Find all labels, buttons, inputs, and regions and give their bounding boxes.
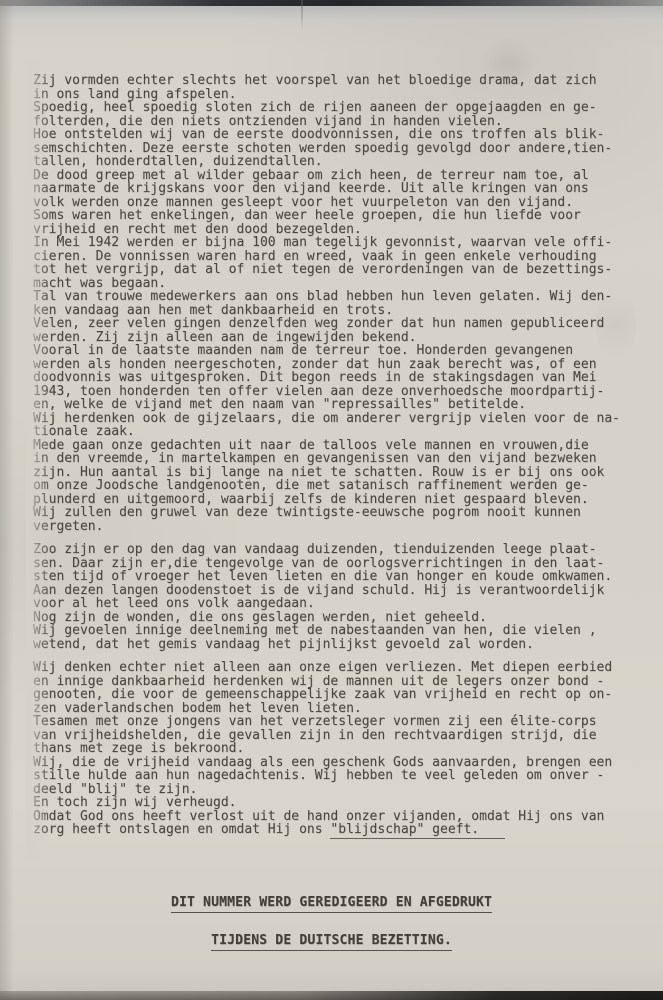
- text-line: zorg heeft ontslagen en omdat Hij ons "b…: [33, 823, 633, 837]
- text-line: zen vaderlandschen bodem het leven liete…: [33, 702, 633, 716]
- text-line: tot het vergrijp, dat al of niet tegen d…: [33, 263, 633, 277]
- photo-bottom-edge: [0, 991, 663, 1000]
- text-line: werden als honden neergeschoten, zonder …: [33, 358, 633, 372]
- text-line: Wij denken echter niet alleen aan onze e…: [33, 661, 633, 675]
- paragraph: Zij vormden echter slechts het voorspel …: [33, 74, 633, 533]
- text-line: folterden, die den niets ontzienden vija…: [33, 115, 633, 129]
- text-line: Aan dezen langen doodenstoet is de vijan…: [33, 584, 633, 598]
- text-line: volk werden onze mannen gesleept voor he…: [33, 196, 633, 210]
- text-line: Soms waren het enkelingen, dan weer heel…: [33, 209, 633, 223]
- text-line: vergeten.: [33, 520, 633, 534]
- text-line: Omdat God ons heeft verlost uit de hand …: [33, 810, 633, 824]
- text-line: en innige dankbaarheid herdenken wij de …: [33, 675, 633, 689]
- text-line: De dood greep met al wilder gebaar om zi…: [33, 169, 633, 183]
- text-line: cieren. De vonnissen waren hard en wreed…: [33, 250, 633, 264]
- text-line: in ons land ging afspelen.: [33, 88, 633, 102]
- text-line: In Mei 1942 werden er bijna 100 man tege…: [33, 236, 633, 250]
- text-line: in den vreemde, in martelkampen en gevan…: [33, 452, 633, 466]
- text-line: Mede gaan onze gedachten uit naar de tal…: [33, 439, 633, 453]
- text-line: vrijheid en recht met den dood bezegelde…: [33, 223, 633, 237]
- text-line: zijn. Hun aantal is bij lange na niet te…: [33, 466, 633, 480]
- text-line: macht was begaan.: [33, 277, 633, 291]
- paper-fold-shadow: [0, 6, 663, 20]
- text-line: tallen, honderdtallen, duizendtallen.: [33, 155, 633, 169]
- text-line: werden. Zij zijn alleen aan de ingewijde…: [33, 331, 633, 345]
- text-line: thans met zege is bekroond.: [33, 742, 633, 756]
- paragraph: Wij denken echter niet alleen aan onze e…: [33, 661, 633, 837]
- text-line: Zoo zijn er op den dag van vandaag duize…: [33, 543, 633, 557]
- text-line: Wij zullen den gruwel van deze twintigst…: [33, 506, 633, 520]
- text-line: sten tijd of vroeger het leven lieten en…: [33, 570, 633, 584]
- text-line: Wij gevoelen innige deelneming met de na…: [33, 624, 633, 638]
- document-footer: DIT NUMMER WERD GEREDIGEERD EN AFGEDRUKT…: [0, 891, 663, 951]
- text-line: naarmate de krijgskans voor den vijand k…: [33, 182, 633, 196]
- text-line: plunderd en uitgemoord, waarbij zelfs de…: [33, 493, 633, 507]
- text-line: Zij vormden echter slechts het voorspel …: [33, 74, 633, 88]
- paper-crease: [301, 0, 303, 30]
- text-line: doodvonnis was uitgesproken. Dit begon r…: [33, 371, 633, 385]
- text-line: tionale zaak.: [33, 425, 633, 439]
- footer-line-2: TIJDENS DE DUITSCHE BEZETTING.: [211, 933, 452, 951]
- text-line: ken vandaag aan hen met dankbaarheid en …: [33, 304, 633, 318]
- text-line: en, welke de vijand met den naam van "re…: [33, 398, 633, 412]
- document-body: Zij vormden echter slechts het voorspel …: [33, 74, 633, 837]
- text-line: Tesamen met onze jongens van het verzets…: [33, 715, 633, 729]
- text-line: Tal van trouwe medewerkers aan ons blad …: [33, 290, 633, 304]
- text-line: Wij, die de vrijheid vandaag als een ges…: [33, 756, 633, 770]
- paragraph: Zoo zijn er op den dag van vandaag duize…: [33, 543, 633, 651]
- text-line: sen. Daar zijn er,die tengevolge van de …: [33, 557, 633, 571]
- text-line: Velen, zeer velen gingen denzelfden weg …: [33, 317, 633, 331]
- photo-background: Zij vormden echter slechts het voorspel …: [0, 0, 663, 1000]
- text-line: om onze Joodsche landgenooten, die met s…: [33, 479, 633, 493]
- text-line: Hoe ontstelden wij van de eerste doodvon…: [33, 128, 633, 142]
- text-line: wetend, dat het gemis vandaag het pijnli…: [33, 638, 633, 652]
- text-line: 1943, toen honderden ten offer vielen aa…: [33, 385, 633, 399]
- text-line: Vooral in de laatste maanden nam de terr…: [33, 344, 633, 358]
- text-line: deeld "blij" te zijn.: [33, 783, 633, 797]
- text-line: stille hulde aan hun nagedachtenis. Wij …: [33, 769, 633, 783]
- text-line: En toch zijn wij verheugd.: [33, 796, 633, 810]
- text-line: Wij herdenken ook de gijzelaars, die om …: [33, 412, 633, 426]
- text-line: van vrijheidshelden, die gevallen zijn i…: [33, 729, 633, 743]
- text-line: voor al het leed ons volk aangedaan.: [33, 597, 633, 611]
- document-page: Zij vormden echter slechts het voorspel …: [0, 0, 663, 1000]
- text-line: Nog zijn de wonden, die ons geslagen wer…: [33, 611, 633, 625]
- footer-line-1: DIT NUMMER WERD GEREDIGEERD EN AFGEDRUKT: [171, 895, 492, 913]
- text-line: Spoedig, heel spoedig sloten zich de rij…: [33, 101, 633, 115]
- text-line: genooten, die voor de gemeenschappelijke…: [33, 688, 633, 702]
- text-line: semschichten. Deze eerste schoten werden…: [33, 142, 633, 156]
- left-edge-shadow: [0, 0, 14, 1000]
